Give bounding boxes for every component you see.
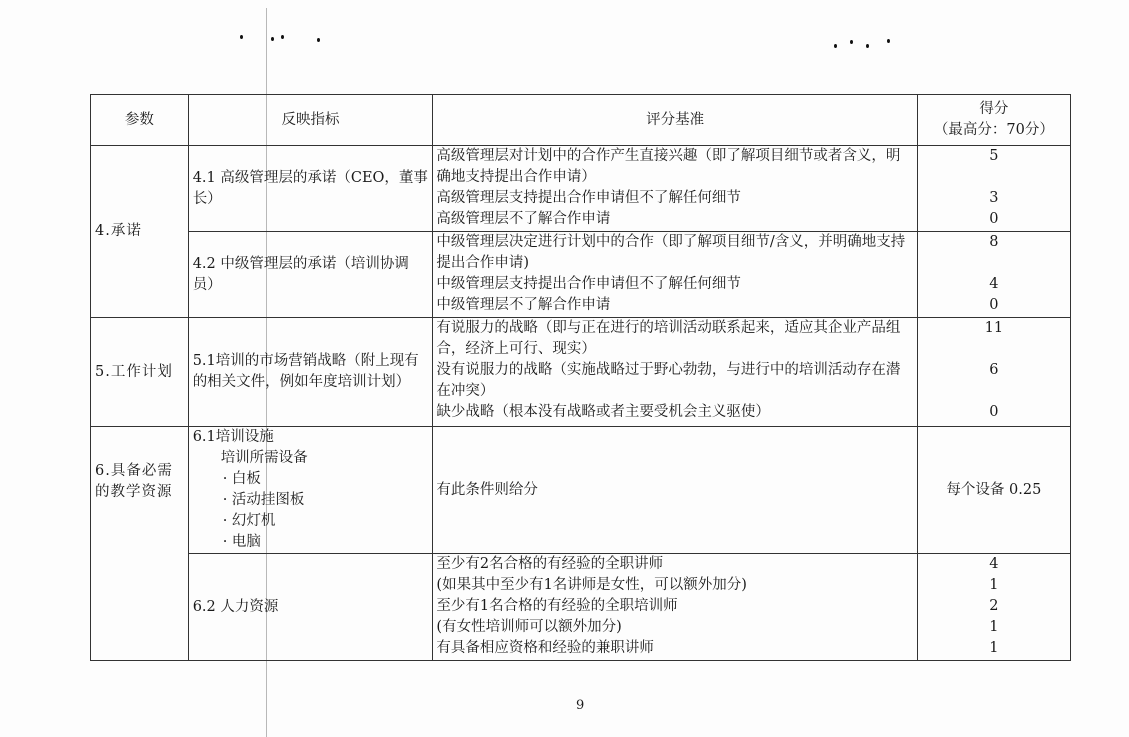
criteria-line: 有说服力的战略（即与正在进行的培训活动联系起来，适应其企业产品组合，经济上可行、… xyxy=(436,318,912,360)
score-value: 11 xyxy=(922,318,1066,339)
score-value: 4 xyxy=(922,274,1066,295)
score-value: 4 xyxy=(922,554,1066,575)
header-score-max: （最高分：70分） xyxy=(922,120,1066,141)
criteria-line: 中级管理层决定进行计划中的合作（即了解项目细节/含义，并明确地支持提出合作申请) xyxy=(436,232,912,274)
table-header-row: 参数 反映指标 评分基准 得分 （最高分：70分） xyxy=(91,95,1071,146)
indicator-cell: 4.1 高级管理层的承诺（CEO，董事长） xyxy=(188,146,433,232)
scan-speck xyxy=(271,37,274,41)
header-score: 得分 （最高分：70分） xyxy=(917,95,1070,146)
criteria-line: (如果其中至少有1名讲师是女性，可以额外加分) xyxy=(436,575,912,596)
criteria-cell: 有此条件则给分 xyxy=(433,427,917,554)
indicator-cell: 6.1培训设施 培训所需设备 · 白板 · 活动挂图板 · 幻灯机 · 电脑 xyxy=(188,427,433,554)
scan-speck xyxy=(850,40,853,44)
score-cell: 8 4 0 xyxy=(917,232,1070,318)
header-score-title: 得分 xyxy=(922,99,1066,120)
criteria-line: 有具备相应资格和经验的兼职讲师 xyxy=(436,638,912,659)
equipment-item: · 幻灯机 xyxy=(193,511,429,532)
score-value: 3 xyxy=(922,188,1066,209)
scan-speck xyxy=(240,35,243,39)
criteria-line: 中级管理层支持提出合作申请但不了解任何细节 xyxy=(436,274,912,295)
criteria-line: 缺少战略（根本没有战略或者主要受机会主义驱使） xyxy=(436,402,912,423)
score-value: 0 xyxy=(922,295,1066,316)
param-cell: 5.工作计划 xyxy=(91,318,189,427)
score-value: 2 xyxy=(922,596,1066,617)
criteria-line: 高级管理层支持提出合作申请但不了解任何细节 xyxy=(436,188,912,209)
indicator-cell: 4.2 中级管理层的承诺（培训协调员） xyxy=(188,232,433,318)
equipment-item: · 活动挂图板 xyxy=(193,490,429,511)
criteria-line: 中级管理层不了解合作申请 xyxy=(436,295,912,316)
criteria-line: 至少有2名合格的有经验的全职讲师 xyxy=(436,554,912,575)
score-cell: 11 6 0 xyxy=(917,318,1070,427)
criteria-cell: 有说服力的战略（即与正在进行的培训活动联系起来，适应其企业产品组合，经济上可行、… xyxy=(433,318,917,427)
score-value: 1 xyxy=(922,617,1066,638)
indicator-title: 6.1培训设施 xyxy=(193,427,429,448)
param-cell: 4.承诺 xyxy=(91,146,189,318)
equipment-item: · 电脑 xyxy=(193,532,429,553)
page-number: 9 xyxy=(576,698,584,713)
indicator-subtitle: 培训所需设备 xyxy=(193,448,429,469)
score-cell: 5 3 0 xyxy=(917,146,1070,232)
score-value: 0 xyxy=(922,402,1066,423)
score-cell: 4 1 2 1 1 xyxy=(917,554,1070,661)
table-row: 4.承诺 4.1 高级管理层的承诺（CEO，董事长） 高级管理层对计划中的合作产… xyxy=(91,146,1071,232)
scan-speck xyxy=(317,38,320,42)
scan-speck xyxy=(866,44,869,48)
score-value: 8 xyxy=(922,232,1066,253)
score-cell: 每个设备 0.25 xyxy=(917,427,1070,554)
criteria-line: 高级管理层不了解合作申请 xyxy=(436,209,912,230)
table-row: 5.工作计划 5.1培训的市场营销战略（附上现有的相关文件，例如年度培训计划） … xyxy=(91,318,1071,427)
score-value: 1 xyxy=(922,638,1066,659)
indicator-cell: 5.1培训的市场营销战略（附上现有的相关文件，例如年度培训计划） xyxy=(188,318,433,427)
header-indicator: 反映指标 xyxy=(188,95,433,146)
header-criteria: 评分基准 xyxy=(433,95,917,146)
criteria-line: 至少有1名合格的有经验的全职培训师 xyxy=(436,596,912,617)
criteria-cell: 至少有2名合格的有经验的全职讲师 (如果其中至少有1名讲师是女性，可以额外加分)… xyxy=(433,554,917,661)
scoring-table: 参数 反映指标 评分基准 得分 （最高分：70分） 4.承诺 4.1 高级管理层… xyxy=(90,94,1071,661)
score-value: 5 xyxy=(922,146,1066,167)
table-row: 6.具备必需的教学资源 6.1培训设施 培训所需设备 · 白板 · 活动挂图板 … xyxy=(91,427,1071,554)
scan-speck xyxy=(281,35,284,39)
criteria-cell: 中级管理层决定进行计划中的合作（即了解项目细节/含义，并明确地支持提出合作申请)… xyxy=(433,232,917,318)
equipment-item: · 白板 xyxy=(193,469,429,490)
criteria-line: 没有说服力的战略（实施战略过于野心勃勃，与进行中的培训活动存在潜在冲突） xyxy=(436,360,912,402)
criteria-line: 高级管理层对计划中的合作产生直接兴趣（即了解项目细节或者含义，明确地支持提出合作… xyxy=(436,146,912,188)
scan-speck xyxy=(887,39,890,43)
scan-speck xyxy=(834,44,837,48)
param-cell: 6.具备必需的教学资源 xyxy=(91,427,189,661)
table-row: 4.2 中级管理层的承诺（培训协调员） 中级管理层决定进行计划中的合作（即了解项… xyxy=(91,232,1071,318)
indicator-cell: 6.2 人力资源 xyxy=(188,554,433,661)
score-value: 0 xyxy=(922,209,1066,230)
header-param: 参数 xyxy=(91,95,189,146)
score-value: 6 xyxy=(922,360,1066,381)
criteria-cell: 高级管理层对计划中的合作产生直接兴趣（即了解项目细节或者含义，明确地支持提出合作… xyxy=(433,146,917,232)
criteria-line: (有女性培训师可以额外加分) xyxy=(436,617,912,638)
score-value: 1 xyxy=(922,575,1066,596)
table-row: 6.2 人力资源 至少有2名合格的有经验的全职讲师 (如果其中至少有1名讲师是女… xyxy=(91,554,1071,661)
